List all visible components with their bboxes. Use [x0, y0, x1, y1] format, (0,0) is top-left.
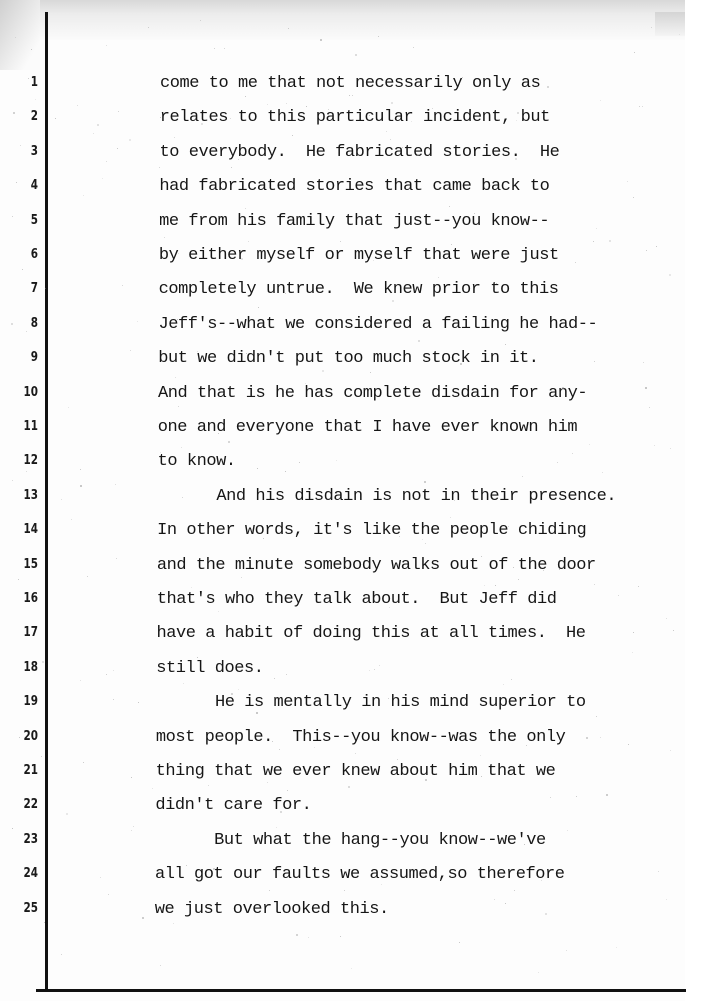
scan-speck: [386, 131, 387, 132]
scan-speck: [381, 884, 382, 885]
scan-speck: [673, 630, 674, 631]
scan-speck: [438, 277, 439, 278]
scan-speck: [418, 340, 420, 342]
scan-speck: [374, 669, 375, 670]
scan-speck: [137, 321, 138, 322]
scan-speck: [450, 517, 451, 518]
line-number: 7: [6, 281, 38, 296]
scan-speck: [152, 788, 153, 789]
scan-speck: [106, 45, 107, 46]
scan-speck: [314, 747, 315, 748]
transcript-line: He is mentally in his mind superior to: [215, 693, 586, 712]
scan-speck: [182, 497, 183, 498]
transcript-line: come to me that not necessarily only as: [160, 74, 540, 93]
scan-speck: [106, 161, 107, 162]
line-number: 20: [6, 729, 38, 744]
scan-speck: [41, 756, 42, 757]
scan-speck: [231, 167, 232, 168]
transcript-line: have a habit of doing this at all times.…: [156, 624, 585, 643]
scan-speck: [133, 826, 134, 827]
scan-speck: [388, 698, 389, 699]
scan-speck: [178, 406, 179, 407]
scan-speck: [218, 611, 219, 612]
scan-speck: [26, 331, 27, 332]
scan-speck: [576, 796, 577, 797]
scan-speck: [258, 307, 259, 308]
scan-speck: [113, 699, 114, 700]
scan-speck: [174, 137, 175, 138]
scan-speck: [508, 733, 509, 734]
scan-speck: [308, 937, 309, 938]
line-number: 5: [6, 213, 38, 228]
scan-speck: [634, 52, 635, 53]
scan-speck: [526, 745, 527, 746]
scan-speck: [593, 241, 594, 242]
scan-speck: [55, 118, 56, 119]
scan-speck: [515, 158, 517, 160]
scan-speck: [575, 262, 576, 263]
line-number: 13: [6, 488, 38, 503]
line-number: 18: [6, 660, 38, 675]
scan-speck: [459, 942, 460, 943]
scan-speck: [453, 492, 454, 493]
line-number: 19: [6, 694, 38, 709]
scan-speck: [547, 86, 549, 88]
scan-speck: [19, 737, 20, 738]
line-number: 15: [6, 557, 38, 572]
scan-speck: [87, 576, 88, 577]
scan-speck: [292, 135, 293, 136]
scan-speck: [97, 124, 99, 126]
scan-speck: [296, 934, 298, 936]
scan-speck: [425, 779, 427, 781]
line-number: 25: [6, 901, 38, 916]
scan-speck: [183, 683, 184, 684]
left-margin-rule: [45, 12, 48, 992]
scan-speck: [422, 539, 423, 540]
scan-speck: [518, 579, 519, 580]
scan-speck: [391, 102, 393, 104]
scan-speck: [83, 195, 84, 196]
line-number: 23: [6, 832, 38, 847]
scan-speck: [68, 407, 69, 408]
scan-speck: [61, 954, 62, 955]
scan-speck: [618, 595, 619, 596]
scan-speck: [355, 54, 357, 56]
scan-speck: [336, 460, 337, 461]
scan-speck: [567, 830, 568, 831]
scan-speck: [159, 167, 160, 168]
scan-speck: [340, 936, 341, 937]
transcript-line: But what the hang--you know--we've: [214, 831, 546, 850]
scan-speck: [596, 228, 597, 229]
scan-speck: [246, 353, 247, 354]
scan-speck: [228, 441, 230, 443]
scan-speck: [348, 786, 350, 788]
scan-speck: [238, 689, 239, 690]
scan-speck: [594, 584, 595, 585]
scan-speck: [494, 899, 495, 900]
line-number: 12: [6, 453, 38, 468]
line-number: 22: [6, 797, 38, 812]
scan-speck: [392, 300, 394, 302]
line-number: 2: [6, 109, 38, 124]
scan-speck: [522, 476, 523, 477]
scan-speck: [669, 274, 671, 276]
scan-speck: [288, 28, 289, 29]
scan-speck: [600, 100, 601, 101]
scan-speck: [495, 585, 496, 586]
scan-speck: [102, 178, 103, 179]
scan-speck: [267, 782, 268, 783]
transcript-line: And that is he has complete disdain for …: [158, 384, 587, 403]
line-number: 24: [6, 866, 38, 881]
scan-speck: [287, 790, 288, 791]
scan-speck: [645, 387, 647, 389]
scan-speck: [360, 567, 361, 568]
scan-speck: [160, 965, 161, 966]
scan-speck: [286, 674, 287, 675]
scan-speck: [306, 106, 307, 107]
scan-speck: [343, 423, 344, 424]
line-number: 16: [6, 591, 38, 606]
scan-speck: [181, 447, 182, 448]
scan-speck: [285, 471, 286, 472]
scan-speck: [71, 519, 72, 520]
scan-speck: [373, 260, 374, 261]
scan-speck: [186, 865, 187, 866]
transcript-line: we just overlooked this.: [155, 900, 389, 919]
scan-speck: [267, 104, 268, 105]
transcript-line: In other words, it's like the people chi…: [157, 521, 586, 540]
transcript-line: most people. This--you know--was the onl…: [156, 728, 566, 747]
scan-speck: [118, 111, 119, 112]
transcript-line: Jeff's--what we considered a failing he …: [158, 315, 597, 334]
scan-speck: [12, 216, 13, 217]
scan-speck: [602, 472, 603, 473]
transcript-line: still does.: [156, 659, 263, 678]
scan-speck: [679, 34, 680, 35]
scan-speck: [413, 47, 414, 48]
scan-speck: [351, 968, 352, 969]
scan-speck: [586, 737, 588, 739]
scan-speck: [122, 285, 123, 286]
scan-speck: [562, 387, 564, 389]
scan-speck: [654, 445, 655, 446]
scan-speck: [115, 484, 116, 485]
scan-speck: [666, 899, 667, 900]
scan-speck: [642, 106, 643, 107]
scan-speck: [83, 762, 84, 763]
scan-speck: [238, 159, 239, 160]
transcript-line: completely untrue. We knew prior to this: [159, 280, 559, 299]
scan-speck: [328, 109, 329, 110]
scan-speck: [379, 665, 380, 666]
scan-speck: [524, 844, 525, 845]
scan-speck: [35, 99, 36, 100]
scan-speck: [651, 27, 652, 28]
line-number: 6: [6, 247, 38, 262]
bottom-margin-rule: [36, 989, 686, 992]
scan-shadow-corner: [0, 0, 40, 70]
scan-speck: [299, 462, 300, 463]
scan-speck: [496, 283, 497, 284]
scan-speck: [116, 558, 117, 559]
scan-speck: [214, 48, 215, 49]
scan-speck: [131, 777, 132, 778]
scan-speck: [670, 448, 671, 449]
scan-speck: [481, 776, 482, 777]
transcript-line: to know.: [158, 452, 236, 471]
scan-speck: [173, 923, 174, 924]
scan-speck: [44, 922, 45, 923]
scan-shadow-right: [655, 12, 685, 36]
scan-speck: [129, 139, 131, 141]
scan-speck: [369, 670, 370, 671]
scan-speck: [397, 759, 398, 760]
scan-speck: [106, 674, 107, 675]
line-number: 9: [6, 350, 38, 365]
line-number: 10: [6, 385, 38, 400]
transcript-line: had fabricated stories that came back to: [159, 177, 549, 196]
scan-speck: [503, 684, 504, 685]
line-number: 4: [6, 178, 38, 193]
transcript-line: to everybody. He fabricated stories. He: [160, 143, 560, 162]
scan-speck: [22, 269, 23, 270]
scan-speck: [130, 350, 131, 351]
line-number: 21: [6, 763, 38, 778]
scan-speck: [505, 903, 506, 904]
scan-speck: [389, 607, 390, 608]
scan-speck: [231, 693, 233, 695]
scan-speck: [230, 118, 231, 119]
scan-speck: [639, 106, 640, 107]
scan-speck: [175, 377, 176, 378]
scan-speck: [656, 246, 657, 247]
scan-speck: [649, 407, 650, 408]
scan-speck: [269, 890, 270, 891]
scan-speck: [658, 871, 659, 872]
transcript-line: one and everyone that I have ever known …: [158, 418, 577, 437]
scan-edge-right: [685, 0, 720, 1001]
scan-speck: [322, 370, 324, 372]
transcript-line: all got our faults we assumed,so therefo…: [155, 865, 565, 884]
transcript-line: and the minute somebody walks out of the…: [157, 556, 596, 575]
scan-speck: [164, 237, 165, 238]
transcript-line: And his disdain is not in their presence…: [216, 487, 616, 506]
scan-speck: [178, 253, 179, 254]
line-number: 3: [6, 144, 38, 159]
scan-speck: [643, 362, 644, 363]
transcript-line: me from his family that just--you know--: [159, 212, 549, 231]
scan-speck: [334, 84, 335, 85]
scan-speck: [80, 680, 81, 681]
scan-speck: [241, 577, 242, 578]
scan-speck: [480, 755, 481, 756]
scan-speck: [286, 103, 287, 104]
scan-speck: [628, 744, 629, 745]
scan-speck: [279, 749, 280, 750]
transcript-line: but we didn't put too much stock in it.: [158, 349, 538, 368]
scan-speck: [80, 485, 82, 487]
scan-speck: [80, 469, 81, 470]
scan-speck: [208, 798, 209, 799]
scan-speck: [632, 652, 633, 653]
scan-speck: [633, 632, 634, 633]
scan-speck: [352, 95, 353, 96]
scan-speck: [425, 543, 426, 544]
transcript-line: thing that we ever knew about him that w…: [156, 762, 556, 781]
scan-speck: [142, 917, 144, 919]
scan-speck: [666, 618, 667, 619]
scan-speck: [449, 206, 450, 207]
scan-speck: [596, 716, 597, 717]
scan-speck: [31, 49, 32, 50]
scan-speck: [616, 947, 617, 948]
scan-speck: [550, 797, 551, 798]
scan-speck: [276, 827, 277, 828]
scan-speck: [390, 139, 391, 140]
scan-speck: [274, 678, 275, 679]
scan-speck: [241, 258, 243, 260]
scan-speck: [349, 95, 350, 96]
scan-speck: [609, 240, 611, 242]
scan-speck: [484, 585, 485, 586]
line-number: 17: [6, 625, 38, 640]
scan-speck: [61, 499, 62, 500]
scan-speck: [538, 972, 539, 973]
scan-speck: [248, 241, 249, 242]
scan-speck: [355, 753, 356, 754]
scan-speck: [340, 241, 341, 242]
transcript-line: by either myself or myself that were jus…: [159, 246, 559, 265]
line-number: 1: [6, 75, 38, 90]
scan-speck: [20, 145, 21, 146]
line-number: 14: [6, 522, 38, 537]
scan-speck: [514, 890, 515, 891]
scan-speck: [26, 471, 27, 472]
transcript-line: that's who they talk about. But Jeff did: [157, 590, 557, 609]
scan-speck: [77, 105, 78, 106]
scan-speck: [344, 890, 345, 891]
scan-speck: [600, 737, 601, 738]
scan-shadow-top: [0, 0, 720, 40]
scan-speck: [93, 133, 94, 134]
scan-speck: [256, 712, 258, 714]
scan-speck: [245, 96, 246, 97]
scan-speck: [66, 813, 68, 815]
scan-speck: [594, 361, 595, 362]
scan-speck: [511, 679, 512, 680]
scan-speck: [627, 181, 628, 182]
scan-speck: [138, 702, 139, 703]
scan-speck: [370, 372, 371, 373]
scan-speck: [108, 894, 109, 895]
scan-speck: [545, 913, 547, 915]
transcript-line: didn't care for.: [155, 796, 311, 815]
scan-speck: [148, 27, 149, 28]
scan-speck: [42, 661, 44, 663]
scan-speck: [424, 481, 426, 483]
scan-speck: [257, 468, 258, 469]
scan-speck: [117, 148, 118, 149]
scan-speck: [113, 670, 114, 671]
scan-speck: [208, 785, 209, 786]
scan-speck: [245, 208, 246, 209]
scan-speck: [224, 48, 225, 49]
scan-speck: [191, 587, 192, 588]
scan-speck: [670, 750, 671, 751]
scan-speck: [100, 877, 101, 878]
scan-speck: [12, 828, 13, 829]
scan-speck: [131, 830, 132, 831]
scan-speck: [646, 250, 647, 251]
scan-speck: [638, 586, 639, 587]
scan-speck: [557, 462, 558, 463]
line-number: 11: [6, 419, 38, 434]
scan-speck: [320, 39, 322, 41]
scan-speck: [505, 344, 506, 345]
scan-speck: [566, 950, 567, 951]
scan-speck: [12, 480, 13, 481]
scan-speck: [451, 244, 452, 245]
scan-speck: [572, 453, 573, 454]
scan-speck: [589, 444, 590, 445]
scan-speck: [633, 197, 634, 198]
scan-speck: [517, 112, 519, 114]
scan-speck: [18, 579, 19, 580]
scan-speck: [606, 794, 608, 796]
transcript-line: relates to this particular incident, but: [160, 108, 550, 127]
